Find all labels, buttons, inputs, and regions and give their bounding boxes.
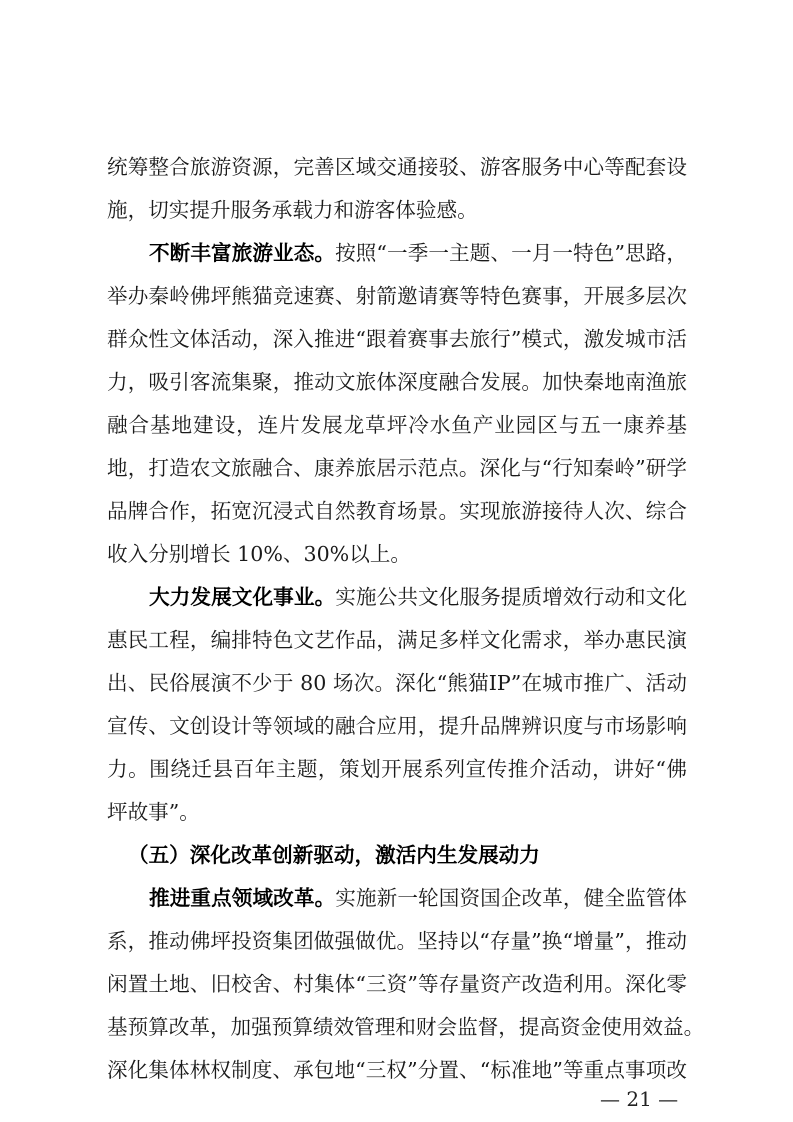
page-number: — 21 — bbox=[600, 1086, 710, 1112]
paragraph-text: 按照“一季一主题、一月一特色”思路， bbox=[335, 241, 687, 265]
paragraph-line: 深化集体林权制度、承包地“三权”分置、“标准地”等重点事项改 bbox=[107, 1055, 687, 1085]
paragraph-line-with-lead: 不断丰富旅游业态。按照“一季一主题、一月一特色”思路， bbox=[149, 238, 687, 268]
paragraph-line: 力，吸引客流集聚，推动文旅体深度融合发展。加快秦地南渔旅 bbox=[107, 367, 687, 397]
paragraph-lead-bold: 推进重点领域改革。 bbox=[149, 886, 335, 910]
paragraph-line: 坪故事”。 bbox=[107, 797, 687, 827]
section-heading: （五）深化改革创新驱动，激活内生发展动力 bbox=[128, 840, 668, 870]
paragraph-text: 实施公共文化服务提质增效行动和文化 bbox=[335, 585, 687, 609]
paragraph-line: 统筹整合旅游资源，完善区域交通接驳、游客服务中心等配套设 bbox=[107, 152, 687, 182]
paragraph-lead-bold: 大力发展文化事业。 bbox=[149, 585, 335, 609]
paragraph-line: 系，推动佛坪投资集团做强做优。坚持以“存量”换“增量”，推动 bbox=[107, 926, 687, 956]
paragraph-line: 宣传、文创设计等领域的融合应用，提升品牌辨识度与市场影响 bbox=[107, 711, 687, 741]
paragraph-line: 施，切实提升服务承载力和游客体验感。 bbox=[107, 195, 687, 225]
paragraph-line: 力。围绕迁县百年主题，策划开展系列宣传推介活动，讲好“佛 bbox=[107, 754, 687, 784]
paragraph-line: 地，打造农文旅融合、康养旅居示范点。深化与“行知秦岭”研学 bbox=[107, 453, 687, 483]
paragraph-line: 群众性文体活动，深入推进“跟着赛事去旅行”模式，激发城市活 bbox=[107, 324, 687, 354]
paragraph-text: 实施新一轮国资国企改革，健全监管体 bbox=[335, 886, 687, 910]
paragraph-line-with-lead: 大力发展文化事业。实施公共文化服务提质增效行动和文化 bbox=[149, 582, 687, 612]
paragraph-line: 出、民俗展演不少于 80 场次。深化“熊猫IP”在城市推广、活动 bbox=[107, 668, 687, 698]
paragraph-line: 惠民工程，编排特色文艺作品，满足多样文化需求，举办惠民演 bbox=[107, 625, 687, 655]
paragraph-line: 收入分别增长 10%、30%以上。 bbox=[107, 539, 687, 569]
paragraph-line: 闲置土地、旧校舍、村集体“三资”等存量资产改造利用。深化零 bbox=[107, 969, 687, 999]
paragraph-line: 品牌合作，拓宽沉浸式自然教育场景。实现旅游接待人次、综合 bbox=[107, 496, 687, 526]
paragraph-line: 举办秦岭佛坪熊猫竞速赛、射箭邀请赛等特色赛事，开展多层次 bbox=[107, 281, 687, 311]
paragraph-line-with-lead: 推进重点领域改革。实施新一轮国资国企改革，健全监管体 bbox=[149, 883, 687, 913]
document-page: 统筹整合旅游资源，完善区域交通接驳、游客服务中心等配套设 施，切实提升服务承载力… bbox=[0, 0, 793, 1122]
paragraph-line: 基预算改革，加强预算绩效管理和财会监督，提高资金使用效益。 bbox=[107, 1012, 687, 1042]
paragraph-line: 融合基地建设，连片发展龙草坪冷水鱼产业园区与五一康养基 bbox=[107, 410, 687, 440]
paragraph-lead-bold: 不断丰富旅游业态。 bbox=[149, 241, 335, 265]
